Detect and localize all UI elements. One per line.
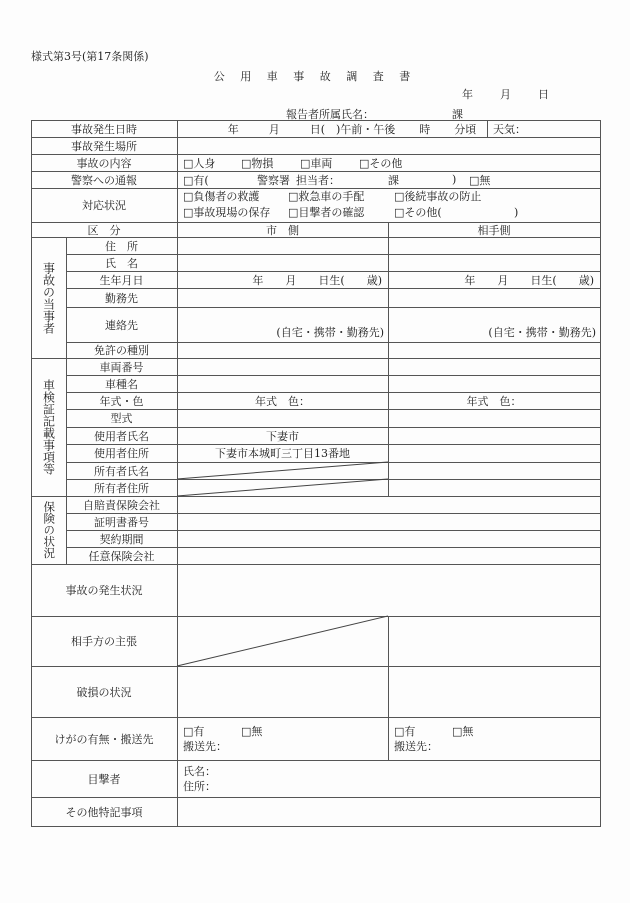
datetime-minute: 分頃 xyxy=(454,121,476,137)
response-options: □負傷者の救護□救急車の手配□後続事故の防止 □事故現場の保存□目撃者の確認□そ… xyxy=(177,188,600,222)
checkbox-injury-other-yes[interactable]: □有 xyxy=(394,724,452,739)
transport-other-label[interactable]: 搬送先： xyxy=(394,739,438,754)
police-station-label: 警察署 xyxy=(257,172,296,188)
party-contact-label: 連絡先 xyxy=(66,307,177,342)
party-birthdate-city[interactable]: 年 月 日生( 歳) xyxy=(177,271,388,288)
checkbox-other[interactable]: □その他 xyxy=(359,155,402,171)
place-label: 事故発生場所 xyxy=(31,137,177,154)
checkbox-rescue[interactable]: □負傷者の救護 xyxy=(183,189,288,205)
other-side-header: 相手側 xyxy=(388,222,600,237)
voluntary-insurer-label: 任意保険会社 xyxy=(66,547,177,564)
vehicle-model-label: 車種名 xyxy=(66,375,177,392)
checkbox-police-no[interactable]: □無 xyxy=(469,172,490,188)
place-field[interactable] xyxy=(177,137,600,154)
vehicle-type-other[interactable] xyxy=(388,409,600,427)
user-name-other[interactable] xyxy=(388,427,600,444)
voluntary-insurer-field[interactable] xyxy=(177,547,600,564)
party-address-other[interactable] xyxy=(388,237,600,254)
other-claim-label: 相手方の主張 xyxy=(31,616,177,666)
party-birthdate-other[interactable]: 年 月 日生( 歳) xyxy=(388,271,600,288)
occurrence-label: 事故の発生状況 xyxy=(31,564,177,616)
datetime-hour: 時 xyxy=(419,121,430,137)
user-name-city[interactable]: 下妻市 xyxy=(177,427,388,444)
compulsory-insurer-label: 自賠責保険会社 xyxy=(66,496,177,513)
datetime-year: 年 xyxy=(228,121,239,137)
checkbox-ambulance[interactable]: □救急車の手配 xyxy=(288,189,394,205)
police-close-paren: ) xyxy=(452,173,469,186)
division-label: 区 分 xyxy=(31,222,177,237)
remarks-label: その他特記事項 xyxy=(31,797,177,826)
party-workplace-city[interactable] xyxy=(177,288,388,307)
vehicle-year-color-other[interactable]: 年式 色： xyxy=(388,392,600,409)
checkbox-preserve-scene[interactable]: □事故現場の保存 xyxy=(183,205,288,221)
witness-label: 目撃者 xyxy=(31,760,177,797)
vehicle-model-other[interactable] xyxy=(388,375,600,392)
police-field: □有( 警察署 担当者： 課 ) □無 xyxy=(177,171,600,188)
checkbox-confirm-witness[interactable]: □目撃者の確認 xyxy=(288,205,394,221)
datetime-label: 事故発生日時 xyxy=(31,120,177,137)
police-dept-label: 課 xyxy=(388,172,452,188)
vehicle-year-color-label: 年式・色 xyxy=(66,392,177,409)
party-workplace-other[interactable] xyxy=(388,288,600,307)
compulsory-insurer-field[interactable] xyxy=(177,496,600,513)
checkbox-injury-other-no[interactable]: □無 xyxy=(452,725,473,738)
witness-field[interactable]: 氏名： 住所： xyxy=(177,760,600,797)
checkbox-injury-city-no[interactable]: □無 xyxy=(241,725,262,738)
party-address-label: 住 所 xyxy=(66,237,177,254)
injury-label: けがの有無・搬送先 xyxy=(31,717,177,760)
party-name-other[interactable] xyxy=(388,254,600,271)
party-contact-city[interactable]: (自宅・携帯・勤務先) xyxy=(177,307,388,342)
other-claim-field[interactable] xyxy=(388,616,600,666)
parties-group-label: 事故の当事者 xyxy=(31,237,66,358)
occurrence-field[interactable] xyxy=(177,564,600,616)
vehicle-model-city[interactable] xyxy=(177,375,388,392)
damage-other-field[interactable] xyxy=(388,666,600,717)
vehicle-type-city[interactable] xyxy=(177,409,388,427)
weather-field[interactable]: 天気： xyxy=(487,120,600,137)
damage-city-field[interactable] xyxy=(177,666,388,717)
city-side-header: 市 側 xyxy=(177,222,388,237)
certificate-number-field[interactable] xyxy=(177,513,600,530)
user-address-label: 使用者住所 xyxy=(66,444,177,462)
party-name-label: 氏 名 xyxy=(66,254,177,271)
party-license-label: 免許の種別 xyxy=(66,342,177,358)
datetime-field[interactable]: 年 月 日( )午前・午後 時 分頃 xyxy=(177,120,487,137)
content-label: 事故の内容 xyxy=(31,154,177,171)
party-workplace-label: 勤務先 xyxy=(66,288,177,307)
witness-name-label: 氏名： xyxy=(183,764,216,779)
contract-period-label: 契約期間 xyxy=(66,530,177,547)
party-birthdate-label: 生年月日 xyxy=(66,271,177,288)
remarks-field[interactable] xyxy=(177,797,600,826)
checkbox-injury-city-yes[interactable]: □有 xyxy=(183,724,241,739)
vehicle-group-label: 車検証記載事項等 xyxy=(31,358,66,496)
party-license-city[interactable] xyxy=(177,342,388,358)
checkbox-property[interactable]: □物損 xyxy=(241,155,300,171)
owner-name-label: 所有者氏名 xyxy=(66,462,177,479)
response-other-close: ) xyxy=(514,206,518,219)
injury-city: □有□無 搬送先： xyxy=(177,717,388,760)
vehicle-number-other[interactable] xyxy=(388,358,600,375)
damage-label: 破損の状況 xyxy=(31,666,177,717)
owner-name-other[interactable] xyxy=(388,462,600,479)
datetime-month: 月 xyxy=(269,121,280,137)
transport-city-label[interactable]: 搬送先： xyxy=(183,739,227,754)
vehicle-number-label: 車両番号 xyxy=(66,358,177,375)
vehicle-number-city[interactable] xyxy=(177,358,388,375)
injury-other: □有□無 搬送先： xyxy=(388,717,600,760)
party-contact-other[interactable]: (自宅・携帯・勤務先) xyxy=(388,307,600,342)
police-officer-label: 担当者： xyxy=(296,172,388,188)
certificate-number-label: 証明書番号 xyxy=(66,513,177,530)
user-address-city[interactable]: 下妻市本城町三丁目13番地 xyxy=(177,444,388,462)
police-label: 警察への通報 xyxy=(31,171,177,188)
vehicle-type-label: 型式 xyxy=(66,409,177,427)
checkbox-prevent-secondary[interactable]: □後続事故の防止 xyxy=(394,190,481,203)
checkbox-vehicle[interactable]: □車両 xyxy=(300,155,359,171)
insurance-group-label: 保険の状況 xyxy=(31,496,66,564)
content-options: □人身 □物損 □車両 □その他 xyxy=(177,154,600,171)
user-address-other[interactable] xyxy=(388,444,600,462)
owner-address-other[interactable] xyxy=(388,479,600,496)
checkbox-police-yes[interactable]: □有( xyxy=(183,172,257,188)
user-name-label: 使用者氏名 xyxy=(66,427,177,444)
response-label: 対応状況 xyxy=(31,188,177,222)
weather-label: 天気： xyxy=(493,121,526,137)
checkbox-response-other[interactable]: □その他( xyxy=(394,205,514,221)
party-address-city[interactable] xyxy=(177,237,388,254)
contract-period-field[interactable] xyxy=(177,530,600,547)
datetime-day-ampm: 日( )午前・午後 xyxy=(310,121,396,137)
party-license-other[interactable] xyxy=(388,342,600,358)
witness-address-label: 住所： xyxy=(183,779,216,794)
owner-address-label: 所有者住所 xyxy=(66,479,177,496)
vehicle-year-color-city[interactable]: 年式 色： xyxy=(177,392,388,409)
checkbox-injury[interactable]: □人身 xyxy=(183,155,241,171)
party-name-city[interactable] xyxy=(177,254,388,271)
